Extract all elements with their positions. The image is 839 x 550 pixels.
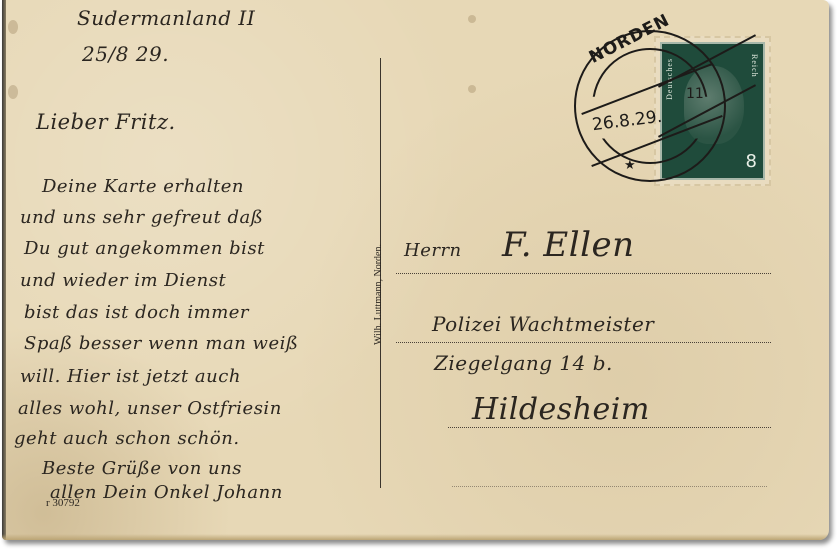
postmark-time: 11 [686, 86, 704, 102]
serial-number: r 30792 [46, 497, 80, 509]
card-bottom-edge [2, 534, 829, 540]
message-line: will. Hier ist jetzt auch [20, 366, 241, 387]
address-line-2 [396, 342, 771, 343]
message-line: Du gut angekommen bist [24, 238, 265, 259]
publisher-imprint: Wilh. Luttmann, Norden. [373, 244, 384, 345]
address-occupation: Polizei Wachtmeister [432, 312, 654, 336]
message-line: und uns sehr gefreut daß [20, 207, 263, 228]
message-date-line: 25/8 29. [82, 42, 169, 66]
message-place-line: Sudermanland II [77, 6, 255, 30]
address-line-3 [448, 427, 771, 428]
address-recipient-name: F. Ellen [502, 225, 635, 265]
stain [468, 15, 476, 23]
message-line: bist das ist doch immer [24, 302, 249, 323]
postmark-inner-ring [592, 48, 708, 164]
message-line: Spaß besser wenn man weiß [24, 333, 298, 354]
message-salutation: Lieber Fritz. [36, 110, 176, 134]
address-street: Ziegelgang 14 b. [434, 351, 613, 375]
stain [8, 85, 18, 99]
stain [468, 85, 476, 93]
message-line: und wieder im Dienst [20, 270, 226, 291]
message-line: geht auch schon schön. [14, 428, 240, 449]
stamp-reich-text: Reich [750, 54, 759, 78]
stamp-value: 8 [746, 151, 757, 172]
address-line-1 [396, 273, 771, 274]
message-line: Beste Grüße von uns [42, 458, 242, 479]
postcard: Sudermanland II 25/8 29. Lieber Fritz. D… [2, 0, 829, 540]
star-icon: ★ [624, 158, 636, 173]
message-signature-line: allen Dein Onkel Johann [50, 482, 283, 503]
card-left-edge [2, 0, 6, 540]
address-line-4 [452, 486, 767, 487]
message-line: alles wohl, unser Ostfriesin [18, 398, 282, 419]
stain [8, 20, 18, 34]
message-line: Deine Karte erhalten [42, 176, 244, 197]
address-city: Hildesheim [472, 392, 650, 427]
address-prefix: Herrn [404, 240, 462, 261]
